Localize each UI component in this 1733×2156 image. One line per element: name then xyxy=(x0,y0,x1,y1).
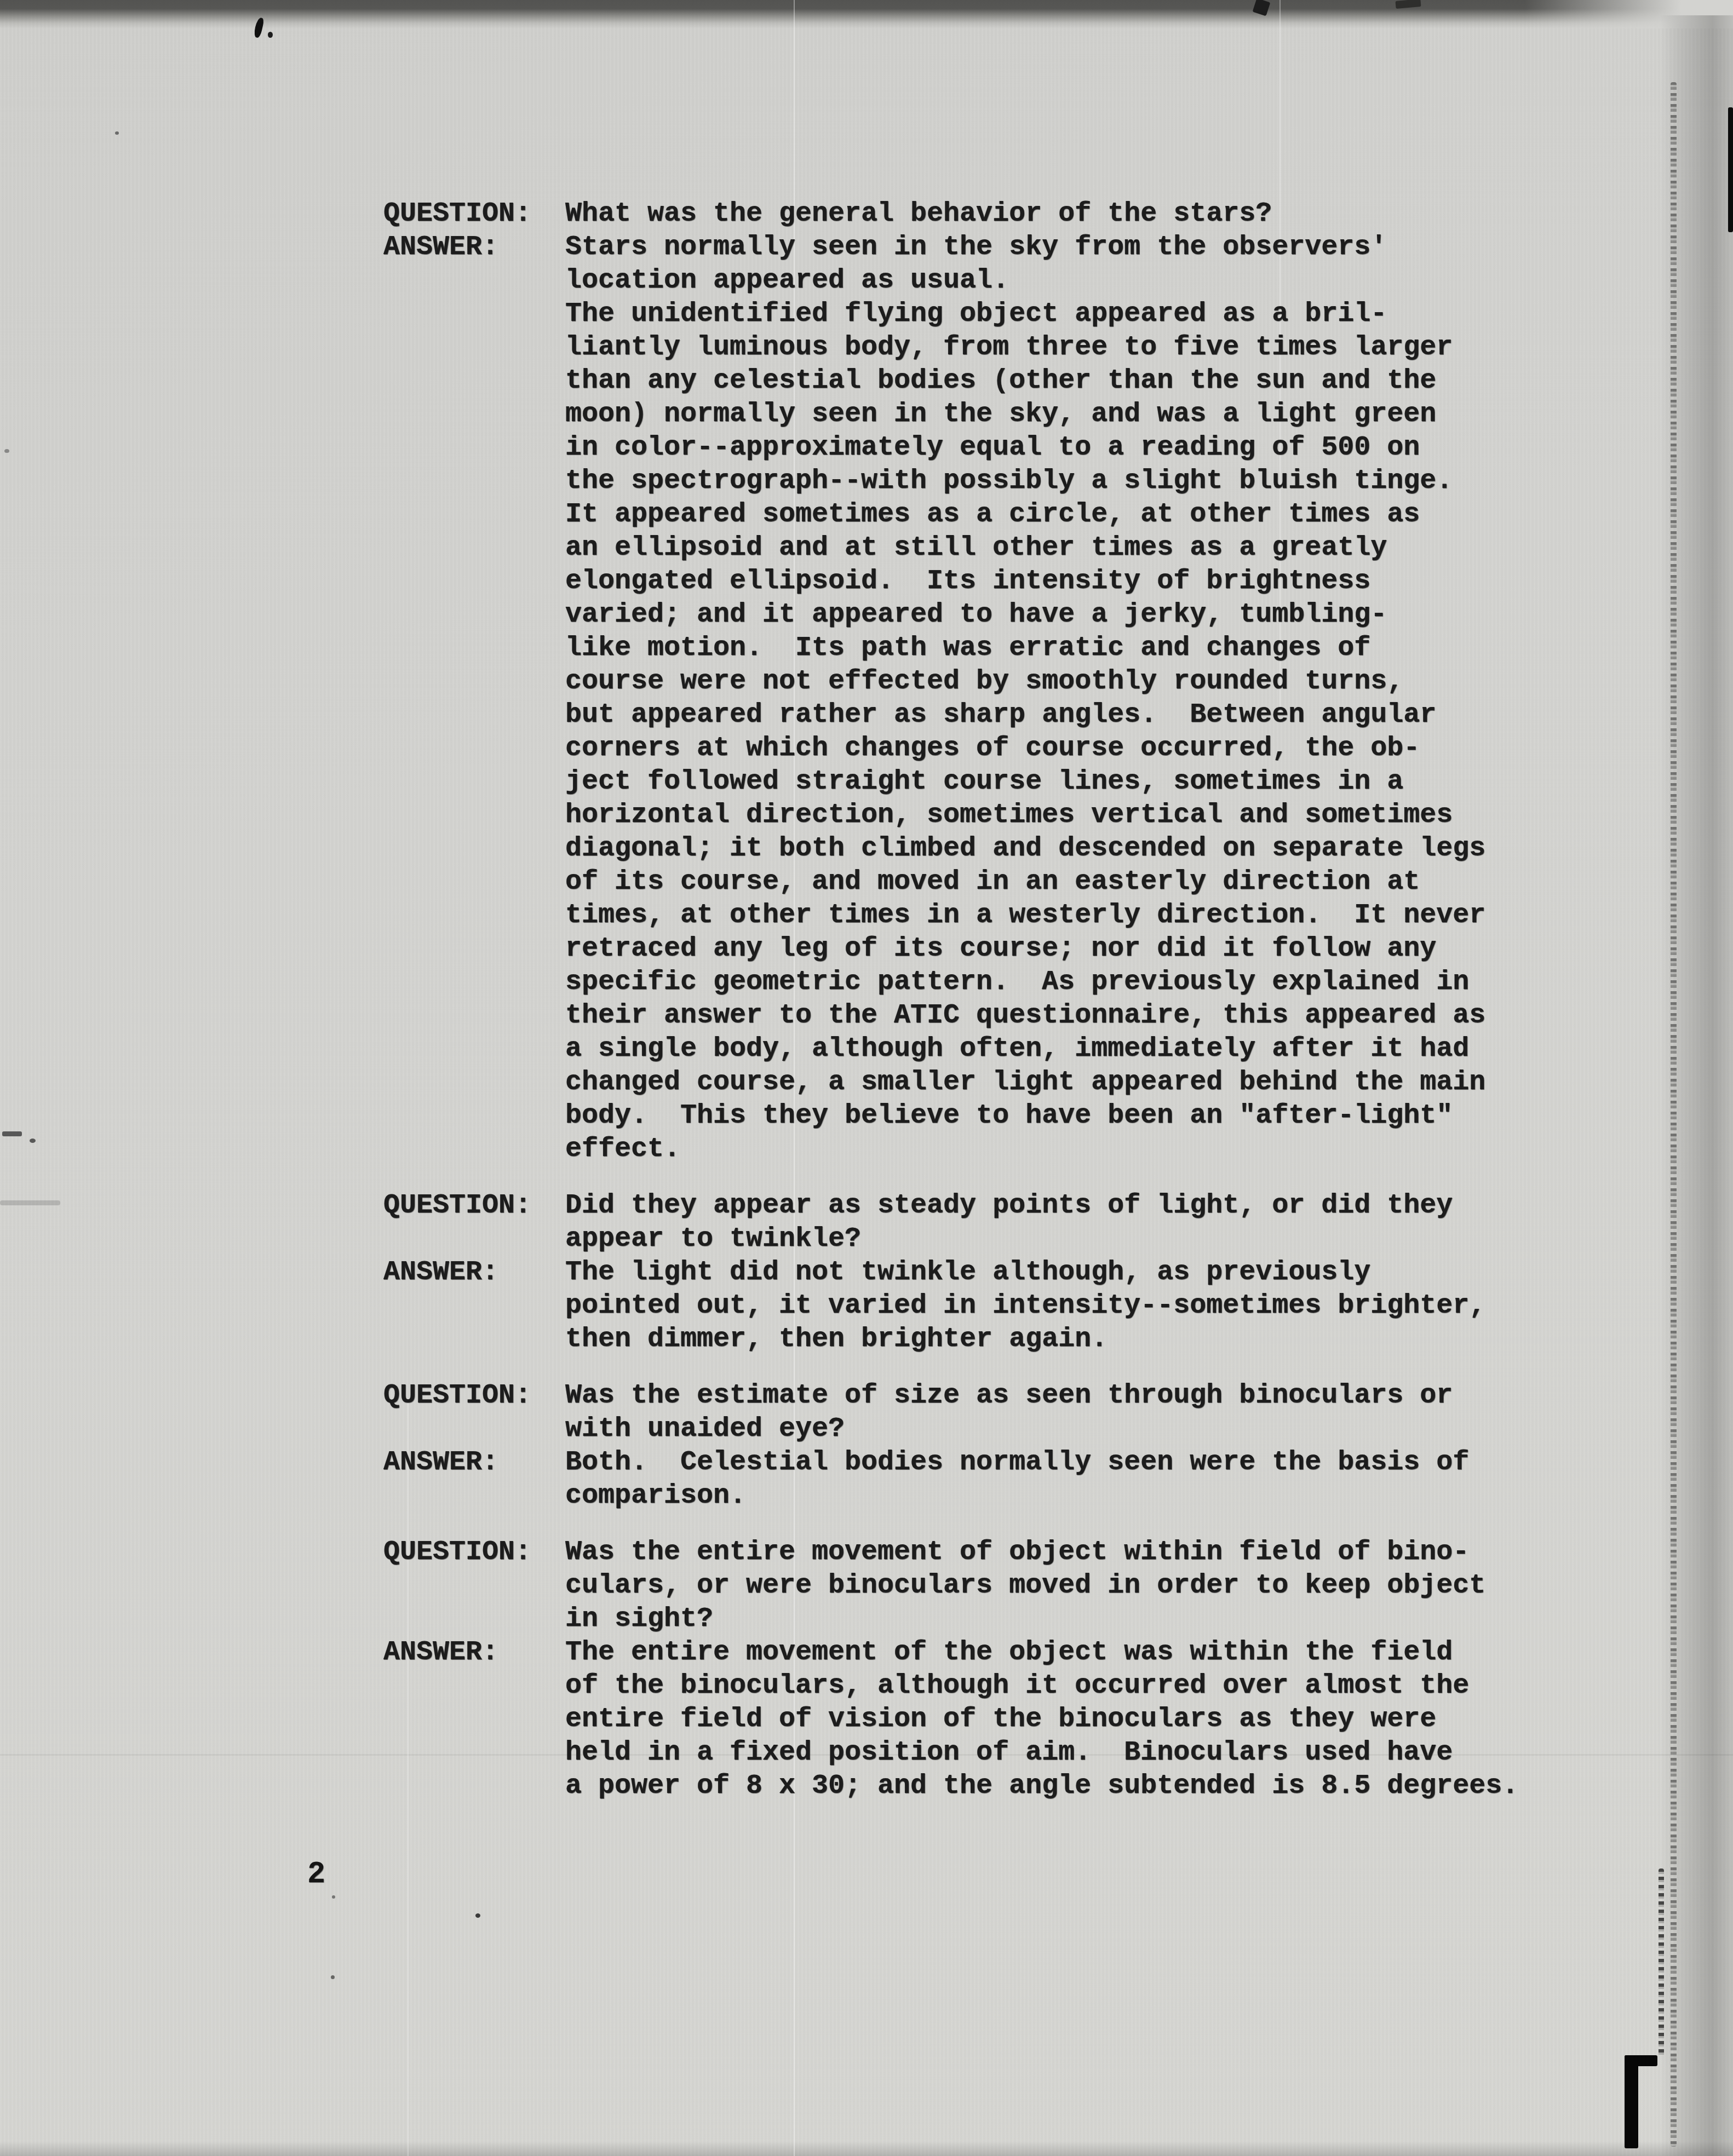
answer-text: Stars normally seen in the sky from the … xyxy=(565,231,1518,1166)
scan-mark-top-notch-2 xyxy=(1395,0,1421,9)
question-text: Was the estimate of size as seen through… xyxy=(565,1379,1518,1446)
qa-block-2: QUESTION: Did they appear as steady poin… xyxy=(383,1189,1518,1356)
scan-left-margin-dot xyxy=(30,1139,36,1143)
question-label: QUESTION: xyxy=(383,1189,565,1256)
scan-right-edge-shadow xyxy=(1660,15,1733,2156)
question-label: QUESTION: xyxy=(383,197,565,231)
question-label: QUESTION: xyxy=(383,1379,565,1446)
scan-corner-bracket-horizontal xyxy=(1625,2055,1657,2066)
qa-block-4: QUESTION: Was the entire movement of obj… xyxy=(383,1536,1518,1803)
paper-speck xyxy=(115,131,119,135)
scan-left-margin-dash xyxy=(2,1131,22,1136)
document-page: QUESTION: What was the general behavior … xyxy=(0,0,1733,2156)
scan-left-margin-smudge xyxy=(0,1200,60,1205)
question-text: What was the general behavior of the sta… xyxy=(565,197,1518,231)
scan-bottom-edge-shade xyxy=(0,2141,1733,2156)
qa-text-block: QUESTION: What was the general behavior … xyxy=(383,197,1518,1826)
answer-text: Both. Celestial bodies normally seen wer… xyxy=(565,1446,1518,1513)
paper-speck xyxy=(475,1913,480,1918)
paper-speck xyxy=(332,1895,335,1899)
answer-label: ANSWER: xyxy=(383,1446,565,1513)
scan-mark-top-notch-1 xyxy=(1253,0,1271,16)
scan-top-band xyxy=(0,0,1733,28)
scan-mark-apostrophe xyxy=(253,17,265,38)
page-number: 2 xyxy=(307,1857,325,1891)
qa-block-1: QUESTION: What was the general behavior … xyxy=(383,197,1518,1166)
scan-right-edge-black-mark xyxy=(1728,107,1733,232)
answer-label: ANSWER: xyxy=(383,1636,565,1803)
paper-speck xyxy=(331,1975,335,1979)
answer-label: ANSWER: xyxy=(383,1256,565,1356)
qa-block-3: QUESTION: Was the estimate of size as se… xyxy=(383,1379,1518,1513)
scan-bleedthrough-text-column xyxy=(1671,82,1677,2147)
answer-text: The entire movement of the object was wi… xyxy=(565,1636,1518,1803)
answer-label: ANSWER: xyxy=(383,231,565,1166)
scan-left-margin-dot-2 xyxy=(4,449,9,453)
answer-text: The light did not twinkle although, as p… xyxy=(565,1256,1518,1356)
scan-bleedthrough-text-column-2 xyxy=(1659,1868,1664,2057)
question-text: Was the entire movement of object within… xyxy=(565,1536,1518,1636)
scan-corner-bracket-vertical xyxy=(1625,2055,1638,2148)
question-text: Did they appear as steady points of ligh… xyxy=(565,1189,1518,1256)
scan-mark-apostrophe-dot xyxy=(268,32,273,38)
question-label: QUESTION: xyxy=(383,1536,565,1636)
